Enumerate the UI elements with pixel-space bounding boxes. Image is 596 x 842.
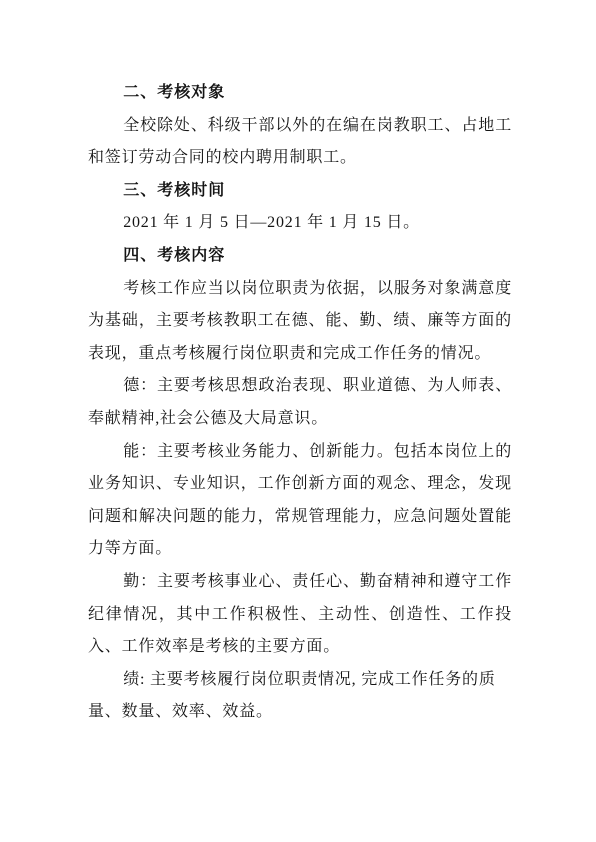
paragraph-neng-ability: 能：主要考核业务能力、创新能力。包括本岗位上的业务知识、专业知识，工作创新方面的… bbox=[88, 436, 512, 566]
paragraph-assessment-overview: 考核工作应当以岗位职责为依据，以服务对象满意度为基础，主要考核教职工在德、能、勤… bbox=[88, 273, 512, 371]
heading-assessment-content: 四、考核内容 bbox=[88, 240, 512, 273]
paragraph-de-morality: 德：主要考核思想政治表现、职业道德、为人师表、奉献精神,社会公德及大局意识。 bbox=[88, 370, 512, 435]
paragraph-assessment-target: 全校除处、科级干部以外的在编在岗教职工、占地工和签订劳动合同的校内聘用制职工。 bbox=[88, 110, 512, 175]
heading-assessment-time: 三、考核时间 bbox=[88, 175, 512, 208]
paragraph-assessment-time: 2021 年 1 月 5 日—2021 年 1 月 15 日。 bbox=[88, 207, 512, 240]
document-page: 二、考核对象 全校除处、科级干部以外的在编在岗教职工、占地工和签订劳动合同的校内… bbox=[0, 0, 596, 842]
paragraph-qin-diligence: 勤：主要考核事业心、责任心、勤奋精神和遵守工作纪律情况，其中工作积极性、主动性、… bbox=[88, 566, 512, 664]
paragraph-ji-performance: 绩: 主要考核履行岗位职责情况, 完成工作任务的质量、数量、效率、效益。 bbox=[88, 664, 512, 729]
heading-assessment-target: 二、考核对象 bbox=[88, 77, 512, 110]
